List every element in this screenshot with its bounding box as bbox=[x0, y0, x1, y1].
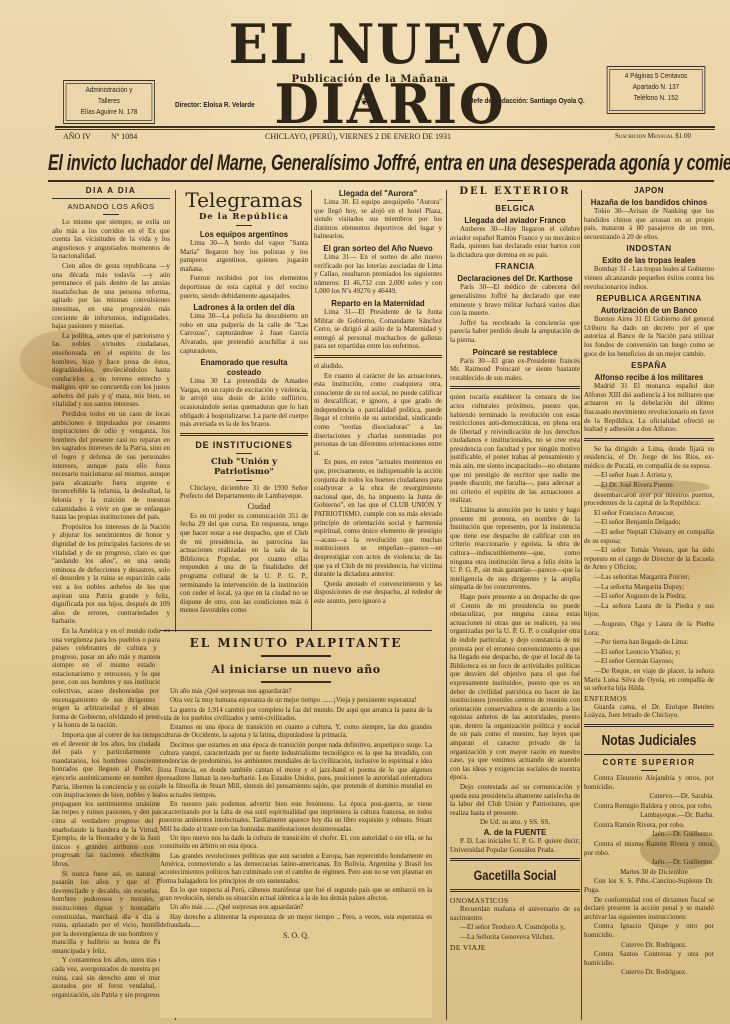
list-item: —El señor Teodoro A. Cosmópolis y, bbox=[450, 923, 580, 932]
paragraph: Queda anotado el convencimiento y las di… bbox=[314, 580, 442, 606]
divider bbox=[641, 770, 657, 771]
paragraph: Chiclayo, diciembre 31 de 1930 Señor Pre… bbox=[180, 484, 308, 501]
info-line: 4 Páginas 5 Centavos bbox=[611, 70, 701, 81]
paragraph: Amberes 30—Hoy llegaron el célebre aviad… bbox=[450, 225, 580, 259]
court-entry: Jaén.—Dr. Guillermo. bbox=[584, 830, 714, 839]
divider bbox=[450, 889, 580, 892]
paragraph: Lima 30—La policía ha descubierto un rob… bbox=[180, 312, 308, 355]
paragraph: Y contaremos los años, unos tras otro ca… bbox=[52, 956, 170, 999]
social-note: —El señor Benjamín Delgado; bbox=[584, 518, 714, 527]
paragraph: Un año más ¿Qué sorpresas nos aguardarán… bbox=[160, 688, 432, 696]
item-headline: Reparto en la Maternidad bbox=[319, 298, 437, 308]
paragraph: Cien años de gesta republicana —y una dé… bbox=[52, 262, 170, 331]
section-title: EL MINUTO PALPITANTE bbox=[160, 636, 432, 650]
club-name: Club "Unión y Patriotismo" bbox=[180, 457, 308, 477]
paragraph: Hay derecho a alimentar la esperanza de … bbox=[160, 914, 432, 931]
info-line: Teléfono N. 152 bbox=[611, 92, 701, 103]
social-note: —El señor Germán Gayoso; bbox=[584, 657, 714, 666]
ornament-icon: ~❦~ bbox=[355, 97, 374, 108]
paragraph: Es en mi poder su comunicación 351 de fe… bbox=[180, 512, 308, 615]
divider bbox=[236, 453, 252, 454]
paragraph: Lima 30. El equipo arequipeño "Aurora" q… bbox=[314, 198, 442, 241]
paragraph: París 30—El gran ex-Presidente francés M… bbox=[450, 357, 580, 383]
court-entry: Contra Remigio Baldera y otros, por robo… bbox=[584, 802, 714, 811]
section-title: DIA A DIA bbox=[52, 186, 170, 195]
court-entry: Contra Ramón Rivera, por robo. bbox=[584, 821, 714, 830]
dateline: AÑO IV Nº 1084 CHICLAYO, (PERÚ), VIERNES… bbox=[55, 132, 715, 146]
paper-subtitle: Publicación de la Mañana bbox=[270, 74, 470, 85]
admin-line: Elías Aguirre N. 178 bbox=[67, 106, 150, 117]
paragraph: Si nunca fuese así, es natural que pasar… bbox=[52, 870, 170, 956]
social-note: —La señorita Margarita Dupuy; bbox=[584, 583, 714, 592]
divider bbox=[450, 858, 580, 861]
paragraph: Llámame la atención por lo tanto y hago … bbox=[450, 506, 580, 592]
item-headline: Declaraciones del Dr. Karthose bbox=[455, 273, 575, 283]
divider bbox=[507, 200, 523, 201]
divider bbox=[180, 433, 308, 436]
paragraph: quien tocaría establecer la censura de l… bbox=[450, 393, 580, 505]
list-item: —La Señorita Genoveva Vilchez. bbox=[450, 933, 580, 942]
item-headline: Los equipos argentinos bbox=[185, 229, 303, 239]
info-line: Apartado N. 137 bbox=[611, 81, 701, 92]
item-headline: Llegada del aviador Franco bbox=[455, 215, 575, 225]
paragraph: La guerra de 1,914 cambió por completo l… bbox=[160, 707, 432, 724]
divider bbox=[160, 630, 432, 631]
paragraph: el aludido. bbox=[314, 362, 442, 371]
social-note: El señor Francisco Arrascue; bbox=[584, 509, 714, 518]
court-entry: Lambayeque.—Dr. Barba. bbox=[584, 811, 714, 820]
paragraph: Estamos en una época de transición en cu… bbox=[160, 724, 432, 741]
social-note: —La señora Laura de la Piedra y sus hijo… bbox=[584, 602, 714, 619]
item-headline: Poincaré se restablece bbox=[455, 347, 575, 357]
masthead-rule bbox=[55, 126, 715, 128]
social-note: —Por tierra han llegado de Lima: bbox=[584, 638, 714, 647]
paragraph: En cuanto al carácter de las actuaciones… bbox=[314, 372, 442, 458]
paragraph: Fueron recibidos por los elementos depor… bbox=[180, 274, 308, 300]
column-dia-a-dia: DIA A DIA ANDANDO LOS AÑOS Lo mismo que … bbox=[52, 186, 170, 1018]
social-note: Se ha dirigido a Lima, donde fijará su r… bbox=[584, 445, 714, 471]
signature: A. de la FUENTE bbox=[450, 828, 580, 837]
paragraph: Lima 31— En el sorteo de año nuevo verif… bbox=[314, 253, 442, 296]
banner-rule bbox=[48, 180, 714, 182]
section-title: Notas Judiciales bbox=[597, 731, 701, 751]
social-note: —El señor Augusto de la Piedra; bbox=[584, 592, 714, 601]
social-note: —El señor Leoncio Ybáñez, y; bbox=[584, 648, 714, 657]
signature: S. O. Q. bbox=[160, 931, 432, 940]
column-nacionales: Llegada del "Aurora" Lima 30. El equipo … bbox=[314, 186, 442, 626]
date-place: CHICLAYO, (PERÚ), VIERNES 2 DE ENERO DE … bbox=[265, 132, 451, 141]
court-entry: Contra Santos Contreras y otra por homic… bbox=[584, 950, 714, 967]
paragraph: Buenos Aires 31 El Gobierno del general … bbox=[584, 315, 714, 358]
column-telegramas: Telegramas De la República Los equipos a… bbox=[180, 186, 308, 626]
paragraph: En nuestro país podemos advertir bien es… bbox=[160, 801, 432, 834]
city-label: Ciudad bbox=[210, 502, 308, 511]
paragraph: Perdidos todos en un caos de locas ambic… bbox=[52, 410, 170, 522]
paragraph: Dejo contestada así su comunicación y qu… bbox=[450, 783, 580, 817]
paragraph: Es pues, en estos "actuales momentos en … bbox=[314, 458, 442, 578]
divider bbox=[261, 655, 331, 657]
section-title: Gacetilla Social bbox=[463, 865, 567, 885]
divider bbox=[584, 724, 714, 727]
paragraph: La política, antes que el patriotismo y … bbox=[52, 332, 170, 409]
court-entry: Cutervo Dr. Rodríguez. bbox=[584, 968, 714, 977]
paragraph: Importa que al correr de los tiempos y e… bbox=[52, 731, 170, 869]
country-label: INDOSTAN bbox=[584, 244, 714, 253]
divider bbox=[314, 355, 442, 358]
paragraph: En la América y en el mundo todo, es una… bbox=[52, 627, 170, 730]
divider bbox=[450, 386, 580, 389]
paragraph: Propósitos los intereses de la Nación y … bbox=[52, 523, 170, 626]
item-headline: Exito de las tropas leales bbox=[589, 255, 709, 265]
section-subtitle: CORTE SUPERIOR bbox=[584, 758, 714, 767]
admin-box: Administración y Talleres Elías Aguirre … bbox=[63, 80, 155, 124]
masthead-rule bbox=[55, 129, 715, 130]
info-box: 4 Páginas 5 Centavos Apartado N. 137 Tel… bbox=[607, 66, 706, 114]
column-exterior: DEL EXTERIOR BELGICA Llegada del aviador… bbox=[450, 186, 580, 1018]
divider bbox=[584, 754, 714, 755]
social-note: —El señor Juan J. Arrieta y, bbox=[584, 471, 714, 480]
social-note: —El señor Neptalí Chávarry en compañía d… bbox=[584, 528, 714, 545]
court-entry: Contra el mismo Ramón Rivera y otros, po… bbox=[584, 840, 714, 857]
paragraph: Decimos que estamos en una época de tran… bbox=[160, 742, 432, 800]
editor-credit: Jefe de Redacción: Santiago Oyola Q. bbox=[470, 96, 585, 105]
subsection-label: ONOMASTICOS bbox=[450, 896, 580, 905]
item-headline: Autorización de un Banco bbox=[589, 305, 709, 315]
paragraph: Madrid 31 El monarca español don Alfonso… bbox=[584, 382, 714, 434]
court-entry: De conformidad con el dictamen fiscal se… bbox=[584, 896, 714, 922]
item-headline: Alfonso recibe á los militares bbox=[589, 372, 709, 382]
divider bbox=[236, 480, 252, 481]
court-entry: Contra Ignacio Quispe y otro por homicid… bbox=[584, 922, 714, 939]
paragraph: Las grandes revoluciones políticas que a… bbox=[160, 853, 432, 886]
social-note: —El Dr. José Rivera Puente. bbox=[584, 481, 714, 490]
country-label: FRANCIA bbox=[450, 262, 580, 271]
court-entry: Jaén.—Dr. Guillermo. bbox=[584, 858, 714, 867]
paragraph: Joffré ha recobrado la conciencia que pa… bbox=[450, 319, 580, 345]
divider bbox=[236, 225, 252, 226]
year-label: AÑO IV bbox=[63, 132, 91, 141]
social-note: desembarcaron ayer por nuestros puertos,… bbox=[584, 491, 714, 508]
court-entry: Martes 30 de Diciembre bbox=[584, 868, 714, 877]
divider bbox=[584, 438, 714, 441]
country-label: BELGICA bbox=[450, 204, 580, 213]
paragraph: Bombay 31 - Las tropas leales al Gobiern… bbox=[584, 265, 714, 291]
paragraph: Lima 30 La pretendida de Amadeo Vargas, … bbox=[180, 377, 308, 429]
paragraph: Lima 30—A bordo del vapor "Santa María" … bbox=[180, 239, 308, 273]
paragraph: Lo mismo que siempre, se exlía un año má… bbox=[52, 218, 170, 261]
paragraph: París 30—El médico de cabecera del gener… bbox=[450, 283, 580, 317]
paragraph: En lo que respecta al Perú, cábenos mani… bbox=[160, 887, 432, 904]
court-entry: Cutervo Dr. Rodríguez. bbox=[584, 941, 714, 950]
column-divider bbox=[581, 190, 582, 1020]
social-note: —Las señoritas Margarita Poirier; bbox=[584, 573, 714, 582]
admin-line: Talleres bbox=[67, 95, 150, 106]
column-divider bbox=[446, 190, 447, 1020]
column-exterior-2: JAPON Hazaña de los bandidos chinos Toki… bbox=[584, 186, 714, 1018]
court-entry: Cutervo.—Dr. Sarabia. bbox=[584, 792, 714, 801]
section-title: DEL EXTERIOR bbox=[450, 186, 580, 197]
section-title: DE INSTITUCIONES bbox=[180, 440, 308, 450]
item-headline: El gran sorteo del Año Nuevo bbox=[319, 243, 437, 253]
article-title: Al iniciarse un nuevo año bbox=[160, 663, 432, 676]
paragraph: Tokio 30—Avisan de Nanking que los bandi… bbox=[584, 207, 714, 241]
section-title: Telegramas bbox=[180, 188, 308, 212]
editorial-article: EL MINUTO PALPITANTE Al iniciarse un nue… bbox=[160, 632, 432, 1018]
item-headline: Hazaña de los bandidos chinos bbox=[589, 197, 709, 207]
paragraph: Guarda cama, el Dr. Enrique Benites Loáy… bbox=[584, 703, 714, 720]
paragraph: Hago pues presente a su despacho de que … bbox=[450, 593, 580, 782]
court-entry: Contra Eleuterio Alejandría y otros, por… bbox=[584, 774, 714, 791]
social-note: —Augusto, Olga y Laura de la Piedra Lora… bbox=[584, 620, 714, 637]
issue-number: Nº 1084 bbox=[111, 132, 137, 141]
divider bbox=[52, 198, 170, 199]
director-credit: Director: Eloísa R. Velarde bbox=[175, 100, 255, 109]
country-label: JAPON bbox=[584, 186, 714, 195]
country-label: ESPAÑA bbox=[584, 361, 714, 370]
divider bbox=[261, 681, 331, 683]
paragraph: Otra vez la muy humana esperanza de un m… bbox=[160, 697, 432, 705]
masthead: EL NUEVO DIARIO Publicación de la Mañana… bbox=[0, 0, 730, 138]
divider bbox=[103, 214, 119, 215]
paragraph: Un año más ...... ¿Qué sorpresas nos agu… bbox=[160, 904, 432, 912]
item-headline: Llegada del "Aurora" bbox=[319, 188, 437, 198]
country-label: REPUBLICA ARGENTINA bbox=[584, 294, 714, 303]
newspaper-page: EL NUEVO DIARIO Publicación de la Mañana… bbox=[0, 0, 730, 1024]
closing: De Ud. su atto. y SS. SS. bbox=[450, 818, 580, 827]
admin-line: Administración y bbox=[67, 84, 150, 95]
banner-headline: El invicto luchador del Marne, Generalís… bbox=[48, 148, 537, 178]
paragraph: Lima 31—El Presidente de la Junta Milita… bbox=[314, 308, 442, 351]
item-headline: Enamorado que resulta costeado bbox=[185, 357, 303, 377]
article-title: ANDANDO LOS AÑOS bbox=[52, 202, 170, 211]
column-divider bbox=[311, 190, 312, 630]
section-subtitle: De la República bbox=[180, 212, 308, 222]
court-entry: Con los S. S. Pdte.-Cancino-Suplente Dr.… bbox=[584, 877, 714, 894]
paragraph: Un tipo nuevo nos ha dado la cultura de … bbox=[160, 835, 432, 852]
subscription-price: Suscricion Mensual $1.00 bbox=[615, 132, 691, 140]
subsection-label: ENFERMOS bbox=[584, 694, 714, 703]
subsection-label: DE VIAJE bbox=[450, 943, 580, 952]
paragraph: Recuerdan mañana el aniversario de su na… bbox=[450, 905, 580, 922]
item-headline: Ladrones á la orden del día bbox=[185, 302, 303, 312]
social-note: —De Reque, en viaje de placer, la señora… bbox=[584, 667, 714, 693]
postscript: P. D. Las iniciales U. P. G. P. quiere d… bbox=[450, 837, 580, 854]
social-note: —El señor Tomás Vereau, que ha sido repu… bbox=[584, 546, 714, 572]
